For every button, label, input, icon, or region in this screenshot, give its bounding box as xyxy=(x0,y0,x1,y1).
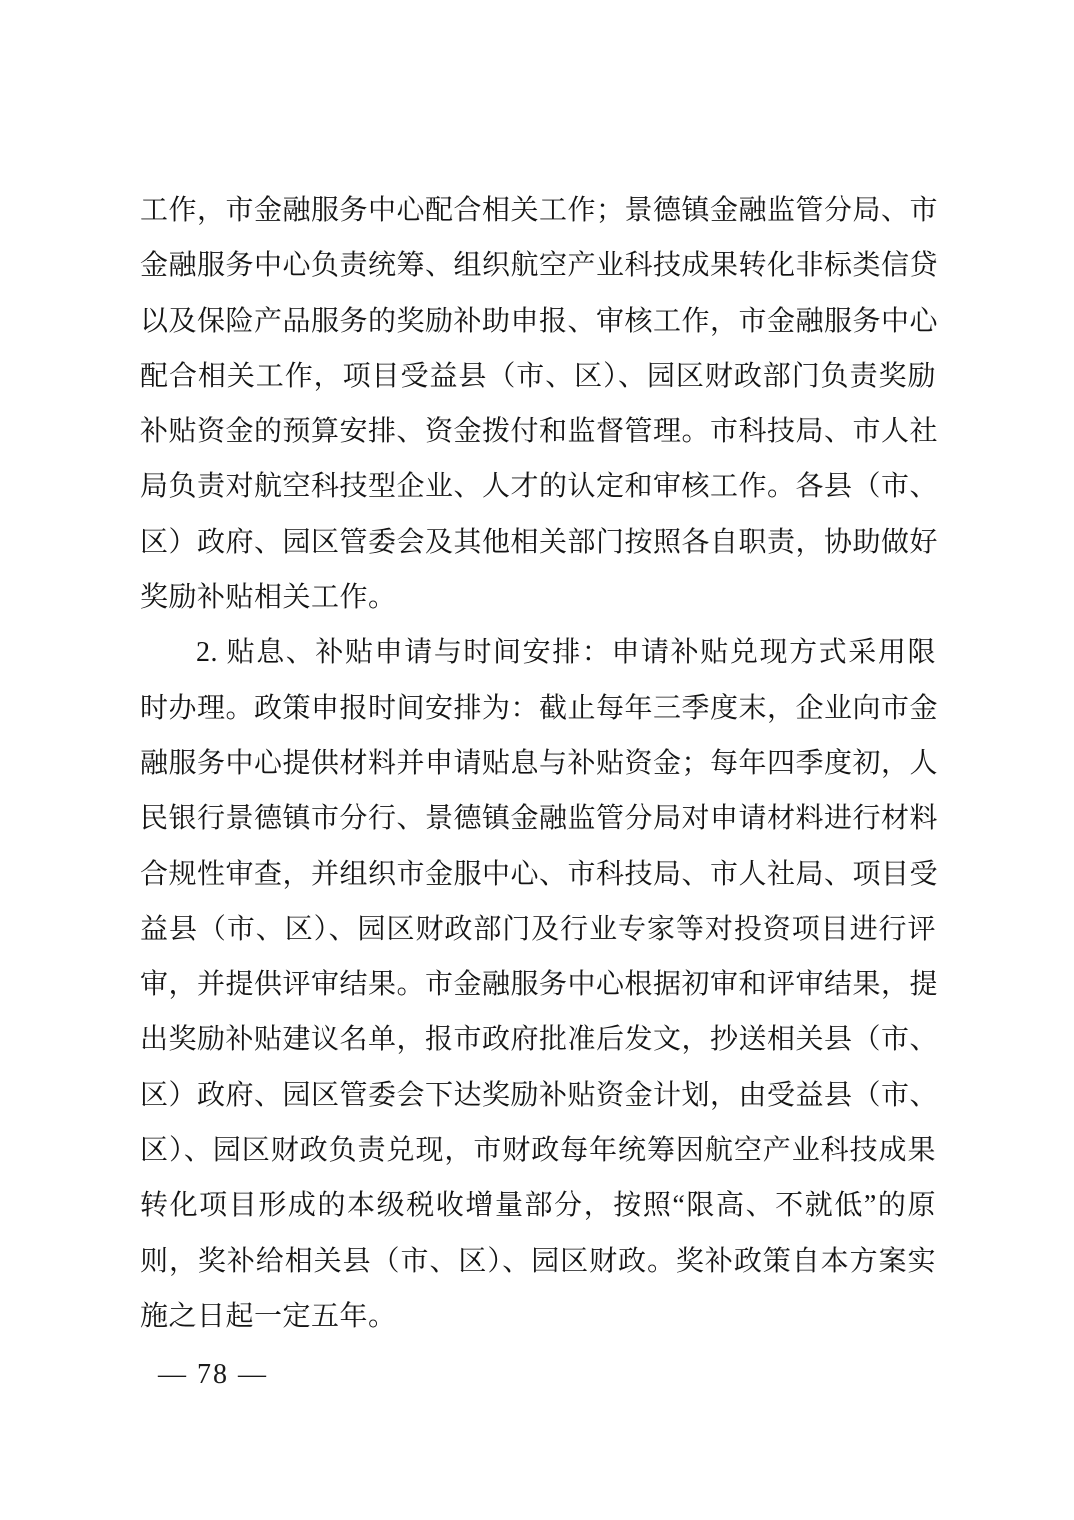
text-line: 工作，市金融服务中心配合相关工作；景德镇金融监管分局、市 xyxy=(140,183,936,238)
document-page: 工作，市金融服务中心配合相关工作；景德镇金融监管分局、市金融服务中心负责统筹、组… xyxy=(0,0,1074,1520)
text-line: 金融服务中心负责统筹、组织航空产业科技成果转化非标类信贷 xyxy=(140,238,936,293)
text-line: 局负责对航空科技型企业、人才的认定和审核工作。各县（市、 xyxy=(140,459,936,514)
text-line: 民银行景德镇市分行、景德镇金融监管分局对申请材料进行材料 xyxy=(140,791,936,846)
text-line: 施之日起一定五年。 xyxy=(140,1289,936,1344)
text-line: 审，并提供评审结果。市金融服务中心根据初审和评审结果，提 xyxy=(140,957,936,1012)
text-line: 益县（市、区）、园区财政部门及行业专家等对投资项目进行评 xyxy=(140,902,936,957)
text-block: 工作，市金融服务中心配合相关工作；景德镇金融监管分局、市金融服务中心负责统筹、组… xyxy=(140,183,936,1344)
text-line: 区）政府、园区管委会及其他相关部门按照各自职责，协助做好 xyxy=(140,515,936,570)
text-line: 融服务中心提供材料并申请贴息与补贴资金；每年四季度初，人 xyxy=(140,736,936,791)
text-line: 以及保险产品服务的奖励补助申报、审核工作，市金融服务中心 xyxy=(140,294,936,349)
text-line: 奖励补贴相关工作。 xyxy=(140,570,936,625)
text-line: 转化项目形成的本级税收增量部分，按照“限高、不就低”的原 xyxy=(140,1178,936,1233)
text-line: 区）、园区财政负责兑现，市财政每年统筹因航空产业科技成果 xyxy=(140,1123,936,1178)
text-line: 合规性审查，并组织市金服中心、市科技局、市人社局、项目受 xyxy=(140,847,936,902)
text-line: 配合相关工作，项目受益县（市、区）、园区财政部门负责奖励 xyxy=(140,349,936,404)
text-line: 时办理。政策申报时间安排为：截止每年三季度末，企业向市金 xyxy=(140,681,936,736)
text-line: 出奖励补贴建议名单，报市政府批准后发文，抄送相关县（市、 xyxy=(140,1012,936,1067)
text-line: 区）政府、园区管委会下达奖励补贴资金计划，由受益县（市、 xyxy=(140,1068,936,1123)
text-line: 则，奖补给相关县（市、区）、园区财政。奖补政策自本方案实 xyxy=(140,1234,936,1289)
page-number: — 78 — xyxy=(158,1358,268,1392)
text-line: 2. 贴息、补贴申请与时间安排：申请补贴兑现方式采用限 xyxy=(140,625,936,680)
text-line: 补贴资金的预算安排、资金拨付和监督管理。市科技局、市人社 xyxy=(140,404,936,459)
